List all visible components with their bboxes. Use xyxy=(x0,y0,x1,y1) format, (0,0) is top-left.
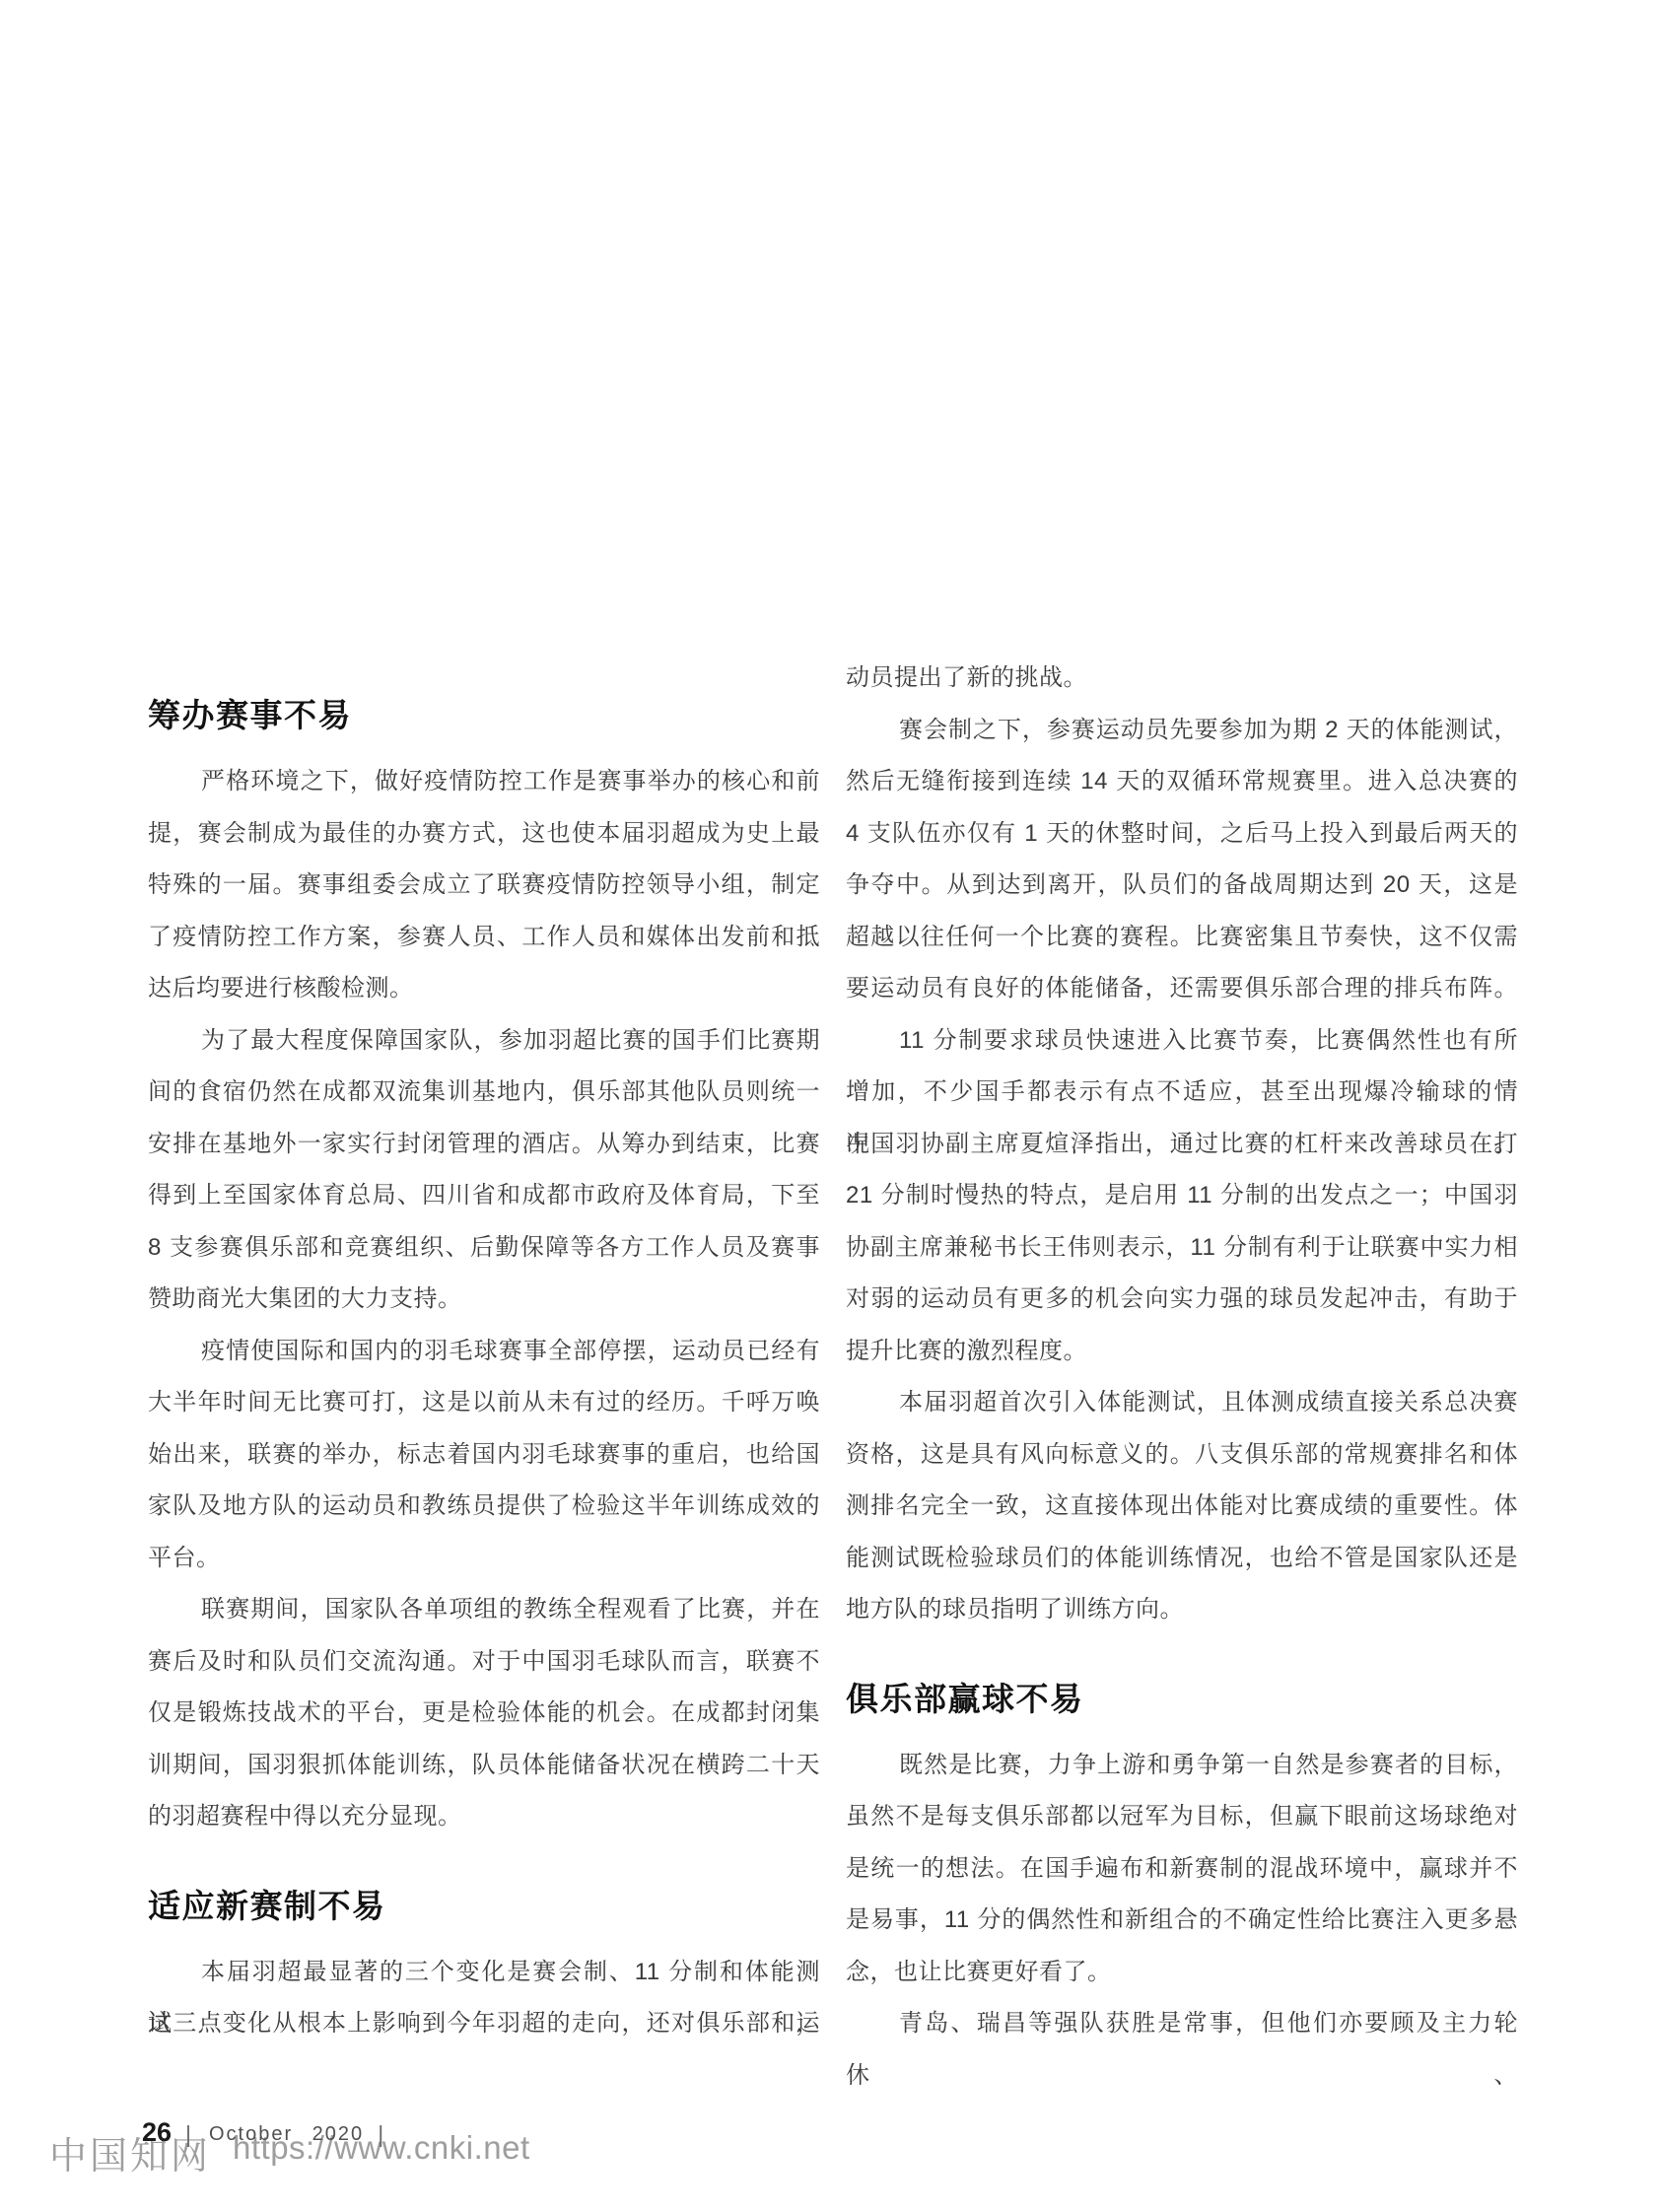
text-line: 间的食宿仍然在成都双流集训基地内，俱乐部其他队员则统一 xyxy=(148,1067,820,1119)
text-line: 是统一的想法。在国手遍布和新赛制的混战环境中，赢球并不 xyxy=(846,1843,1518,1896)
text-line: 本届羽超最显著的三个变化是赛会制、11 分制和体能测试， xyxy=(148,1947,820,1999)
text-line: 对弱的运动员有更多的机会向实力强的球员发起冲击，有助于 xyxy=(846,1274,1518,1326)
text-line: 始出来，联赛的举办，标志着国内羽毛球赛事的重启，也给国 xyxy=(148,1429,820,1482)
text-line: 赞助商光大集团的大力支持。 xyxy=(148,1274,820,1326)
text-line: 协副主席兼秘书长王伟则表示，11 分制有利于让联赛中实力相 xyxy=(846,1222,1518,1275)
text-line: 这三点变化从根本上影响到今年羽超的走向，还对俱乐部和运 xyxy=(148,1998,820,2050)
text-line: 增加，不少国手都表示有点不适应，甚至出现爆冷输球的情况。 xyxy=(846,1067,1518,1119)
section-heading: 俱乐部赢球不易 xyxy=(846,1636,1518,1740)
section-heading: 适应新赛制不易 xyxy=(148,1843,820,1947)
page-number: 26 xyxy=(142,2117,172,2148)
document-page: 筹办赛事不易严格环境之下，做好疫情防控工作是赛事举办的核心和前提，赛会制成为最佳… xyxy=(0,0,1661,2212)
text-line: 本届羽超首次引入体能测试，且体测成绩直接关系总决赛 xyxy=(846,1377,1518,1429)
footer-separator-right: | xyxy=(378,2121,383,2147)
text-line: 提，赛会制成为最佳的办赛方式，这也使本届羽超成为史上最 xyxy=(148,808,820,861)
left-column: 筹办赛事不易严格环境之下，做好疫情防控工作是赛事举办的核心和前提，赛会制成为最佳… xyxy=(148,653,820,2050)
text-line: 既然是比赛，力争上游和勇争第一自然是参赛者的目标， xyxy=(846,1740,1518,1792)
text-line: 特殊的一届。赛事组委会成立了联赛疫情防控领导小组，制定 xyxy=(148,860,820,912)
text-line: 达后均要进行核酸检测。 xyxy=(148,963,820,1015)
text-line: 超越以往任何一个比赛的赛程。比赛密集且节奏快，这不仅需 xyxy=(846,912,1518,964)
text-line: 家队及地方队的运动员和教练员提供了检验这半年训练成效的 xyxy=(148,1481,820,1533)
text-line: 动员提出了新的挑战。 xyxy=(846,653,1518,705)
text-line: 测排名完全一致，这直接体现出体能对比赛成绩的重要性。体 xyxy=(846,1481,1518,1533)
text-line: 8 支参赛俱乐部和竞赛组织、后勤保障等各方工作人员及赛事 xyxy=(148,1222,820,1275)
text-line: 虽然不是每支俱乐部都以冠军为目标，但赢下眼前这场球绝对 xyxy=(846,1791,1518,1843)
text-line: 地方队的球员指明了训练方向。 xyxy=(846,1584,1518,1636)
text-line: 训期间，国羽狠抓体能训练，队员体能储备状况在横跨二十天 xyxy=(148,1740,820,1792)
text-line: 平台。 xyxy=(148,1533,820,1585)
section-heading: 筹办赛事不易 xyxy=(148,653,820,756)
right-column: 动员提出了新的挑战。赛会制之下，参赛运动员先要参加为期 2 天的体能测试，然后无… xyxy=(846,653,1518,2050)
text-line: 资格，这是具有风向标意义的。八支俱乐部的常规赛排名和体 xyxy=(846,1429,1518,1482)
text-line: 联赛期间，国家队各单项组的教练全程观看了比赛，并在 xyxy=(148,1584,820,1636)
text-line: 是易事，11 分的偶然性和新组合的不确定性给比赛注入更多悬 xyxy=(846,1895,1518,1947)
footer-separator-left: | xyxy=(185,2121,191,2147)
text-line: 赛后及时和队员们交流沟通。对于中国羽毛球队而言，联赛不 xyxy=(148,1636,820,1689)
text-line: 为了最大程度保障国家队，参加羽超比赛的国手们比赛期 xyxy=(148,1015,820,1068)
text-line: 要运动员有良好的体能储备，还需要俱乐部合理的排兵布阵。 xyxy=(846,963,1518,1015)
text-line: 严格环境之下，做好疫情防控工作是赛事举办的核心和前 xyxy=(148,756,820,808)
text-line: 得到上至国家体育总局、四川省和成都市政府及体育局，下至 xyxy=(148,1170,820,1222)
text-line: 的羽超赛程中得以充分显现。 xyxy=(148,1791,820,1843)
text-line: 安排在基地外一家实行封闭管理的酒店。从筹办到结束，比赛 xyxy=(148,1119,820,1171)
text-line: 争夺中。从到达到离开，队员们的备战周期达到 20 天，这是 xyxy=(846,860,1518,912)
text-line: 大半年时间无比赛可打，这是以前从未有过的经历。千呼万唤 xyxy=(148,1377,820,1429)
text-line: 4 支队伍亦仅有 1 天的休整时间，之后马上投入到最后两天的 xyxy=(846,808,1518,861)
text-line: 念，也让比赛更好看了。 xyxy=(846,1947,1518,1999)
text-line: 疫情使国际和国内的羽毛球赛事全部停摆，运动员已经有 xyxy=(148,1326,820,1378)
text-line: 能测试既检验球员们的体能训练情况，也给不管是国家队还是 xyxy=(846,1533,1518,1585)
text-line: 提升比赛的激烈程度。 xyxy=(846,1326,1518,1378)
text-line: 中国羽协副主席夏煊泽指出，通过比赛的杠杆来改善球员在打 xyxy=(846,1119,1518,1171)
text-line: 了疫情防控工作方案，参赛人员、工作人员和媒体出发前和抵 xyxy=(148,912,820,964)
text-line: 仅是锻炼技战术的平台，更是检验体能的机会。在成都封闭集 xyxy=(148,1688,820,1740)
footer-meta: | October 2020 | xyxy=(185,2121,383,2147)
footer-issue-date: October 2020 xyxy=(209,2123,364,2146)
text-line: 赛会制之下，参赛运动员先要参加为期 2 天的体能测试， xyxy=(846,705,1518,757)
text-line: 青岛、瑞昌等强队获胜是常事，但他们亦要顾及主力轮休、 xyxy=(846,1998,1518,2050)
text-line: 11 分制要求球员快速进入比赛节奏，比赛偶然性也有所 xyxy=(846,1015,1518,1068)
text-line: 然后无缝衔接到连续 14 天的双循环常规赛里。进入总决赛的 xyxy=(846,756,1518,808)
text-line: 21 分制时慢热的特点，是启用 11 分制的出发点之一；中国羽 xyxy=(846,1170,1518,1222)
